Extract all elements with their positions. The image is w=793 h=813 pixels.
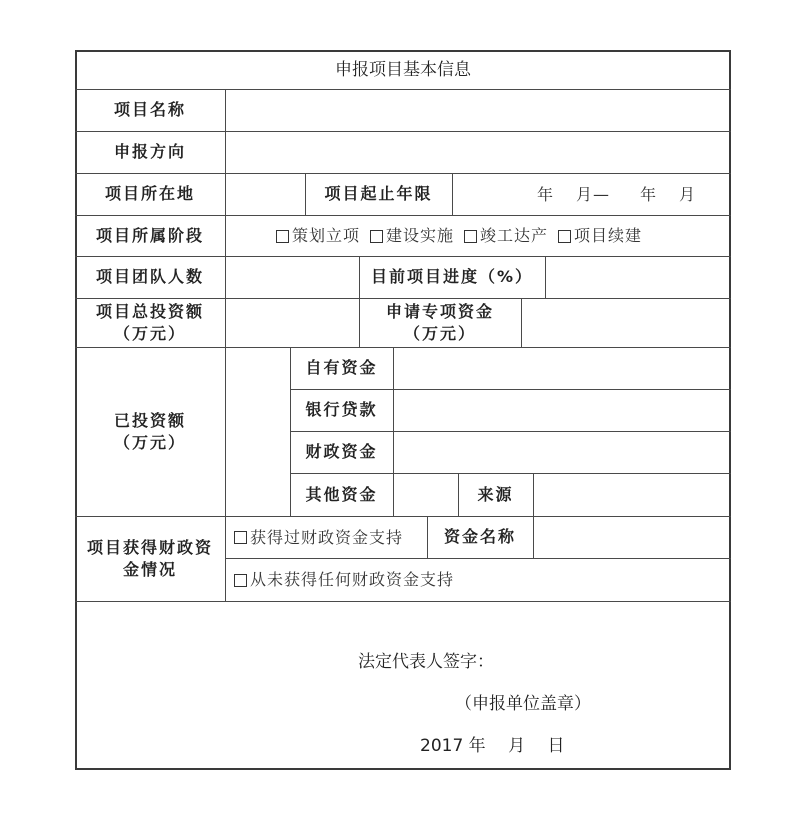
checkbox-icon[interactable] (234, 531, 247, 544)
end-month-unit: 月 (679, 184, 696, 206)
source-field[interactable] (534, 474, 730, 516)
progress-field[interactable] (546, 257, 730, 298)
checkbox-icon[interactable] (276, 230, 289, 243)
other-funds-label: 其他资金 (290, 473, 393, 516)
stage-option-completion[interactable]: 竣工达产 (464, 225, 548, 247)
fund-name-label: 资金名称 (427, 516, 533, 558)
other-funds-field[interactable] (394, 474, 458, 516)
location-field[interactable] (226, 174, 305, 215)
own-funds-label: 自有资金 (290, 347, 393, 389)
checkbox-icon[interactable] (464, 230, 477, 243)
stage-options: 策划立项 建设实施 竣工达产 项目续建 (226, 216, 730, 256)
checkbox-icon[interactable] (558, 230, 571, 243)
signature-date[interactable]: 2017 年 月 日 (420, 734, 564, 758)
option-never-fiscal-support[interactable]: 从未获得任何财政资金支持 (226, 559, 730, 601)
end-year-unit: 年 (640, 184, 657, 206)
invested-label: 已投资额 （万元） (75, 347, 225, 516)
checkbox-icon[interactable] (234, 574, 247, 587)
total-investment-field[interactable] (226, 299, 359, 347)
seal-note: （申报单位盖章） (455, 692, 591, 716)
team-size-label: 项目团队人数 (75, 256, 225, 298)
fund-name-field[interactable] (534, 517, 730, 558)
form-title: 申报项目基本信息 (75, 50, 731, 89)
source-label: 来源 (458, 473, 533, 516)
project-name-field[interactable] (226, 90, 730, 131)
fiscal-support-label: 项目获得财政资 金情况 (75, 516, 225, 601)
stage-option-planning[interactable]: 策划立项 (276, 225, 360, 247)
fiscal-funds-field[interactable] (394, 432, 730, 473)
bank-loan-label: 银行贷款 (290, 389, 393, 431)
checkbox-icon[interactable] (370, 230, 383, 243)
period-label: 项目起止年限 (305, 173, 452, 215)
bank-loan-field[interactable] (394, 390, 730, 431)
project-name-label: 项目名称 (75, 89, 225, 131)
team-size-field[interactable] (226, 257, 359, 298)
special-fund-field[interactable] (522, 299, 730, 347)
stage-option-construction[interactable]: 建设实施 (370, 225, 454, 247)
start-year-unit: 年 (537, 184, 554, 206)
direction-label: 申报方向 (75, 131, 225, 173)
progress-label: 目前项目进度（%） (359, 256, 545, 298)
own-funds-field[interactable] (394, 348, 730, 389)
direction-field[interactable] (226, 132, 730, 173)
divider (75, 601, 731, 602)
stage-label: 项目所属阶段 (75, 215, 225, 256)
invested-total-field[interactable] (226, 348, 290, 516)
special-fund-label: 申请专项资金 （万元） (359, 298, 521, 347)
legal-representative-signature[interactable]: 法定代表人签字： (358, 650, 494, 674)
start-month-unit: 月— (576, 184, 610, 206)
period-field[interactable]: 年 月— 年 月 (453, 174, 730, 215)
stage-option-continuation[interactable]: 项目续建 (558, 225, 642, 247)
location-label: 项目所在地 (75, 173, 225, 215)
option-received-fiscal-support[interactable]: 获得过财政资金支持 (226, 517, 427, 558)
fiscal-funds-label: 财政资金 (290, 431, 393, 473)
total-investment-label: 项目总投资额 （万元） (75, 298, 225, 347)
